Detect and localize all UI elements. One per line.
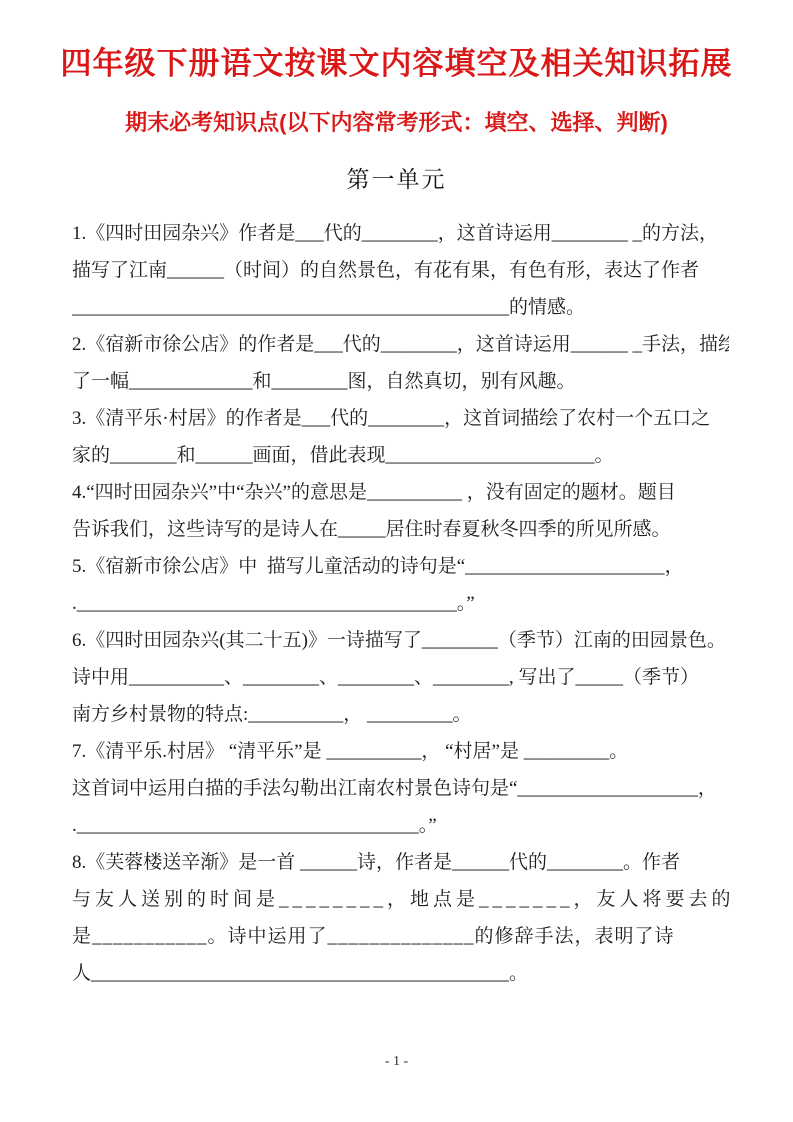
question-item-6: 6.《四时田园杂兴(其二十五)》一诗描写了________（季节）江南的田园景色… (72, 622, 729, 733)
question-line: 3.《清平乐·村居》的作者是___代的________，这首词描绘了农村一个五口… (72, 400, 729, 437)
question-item-3: 3.《清平乐·村居》的作者是___代的________，这首词描绘了农村一个五口… (72, 400, 729, 474)
question-line: 了一幅_____________和________图，自然真切，别有风趣。 (72, 363, 729, 400)
question-line: 家的_______和______画面，借此表现_________________… (72, 437, 729, 474)
fill-blank-line: .____________________________________。” (72, 807, 729, 844)
question-item-7: 7.《清平乐.村居》 “清平乐”是 __________， “村居”是 ____… (72, 733, 729, 844)
question-line: 4.“四时田园杂兴”中“杂兴”的意思是__________ ，没有固定的题材。题… (72, 474, 729, 511)
question-line: 是___________。诗中运用了______________的修辞手法，表明… (72, 918, 729, 955)
question-line: 与友人送别的时间是________，地点是_______，友人将要去的地方 (72, 881, 729, 918)
question-line: 5.《宿新市徐公店》中 描写儿童活动的诗句是“_________________… (72, 548, 729, 585)
question-item-1: 1.《四时田园杂兴》作者是___代的________，这首诗运用________… (72, 215, 729, 326)
fill-blank-line: ________________________________________… (72, 289, 729, 326)
worksheet-body: 1.《四时田园杂兴》作者是___代的________，这首诗运用________… (72, 215, 729, 992)
doc-subtitle: 期末必考知识点(以下内容常考形式：填空、选择、判断) (28, 110, 765, 135)
fill-blank-line: ._______________________________________… (72, 585, 729, 622)
question-line: 2.《宿新市徐公店》的作者是___代的________，这首诗运用______ … (72, 326, 729, 363)
question-item-8: 8.《芙蓉楼送辛渐》是一首 ______诗，作者是______代的_______… (72, 844, 729, 992)
footer-page-number: - 1 - (0, 1054, 793, 1070)
question-item-5: 5.《宿新市徐公店》中 描写儿童活动的诗句是“_________________… (72, 548, 729, 622)
question-line: 6.《四时田园杂兴(其二十五)》一诗描写了________（季节）江南的田园景色… (72, 622, 729, 659)
question-line: 诗中用__________、________、________、________… (72, 659, 729, 696)
section-heading: 第一单元 (0, 161, 793, 194)
question-line: 这首词中运用白描的手法勾勒出江南农村景色诗句是“________________… (72, 770, 729, 807)
question-item-2: 2.《宿新市徐公店》的作者是___代的________，这首诗运用______ … (72, 326, 729, 400)
question-line: 描写了江南______（时间）的自然景色，有花有果，有色有形，表达了作者 (72, 252, 729, 289)
question-line: 8.《芙蓉楼送辛渐》是一首 ______诗，作者是______代的_______… (72, 844, 729, 881)
question-line: 7.《清平乐.村居》 “清平乐”是 __________， “村居”是 ____… (72, 733, 729, 770)
question-line: 告诉我们，这些诗写的是诗人在_____居住时春夏秋冬四季的所见所感。 (72, 511, 729, 548)
fill-blank-line: 人_______________________________________… (72, 955, 729, 992)
question-item-4: 4.“四时田园杂兴”中“杂兴”的意思是__________ ，没有固定的题材。题… (72, 474, 729, 548)
doc-title: 四年级下册语文按课文内容填空及相关知识拓展 (28, 46, 765, 82)
question-line: 1.《四时田园杂兴》作者是___代的________，这首诗运用________… (72, 215, 729, 252)
question-line: 南方乡村景物的特点:__________， _________。 (72, 696, 729, 733)
document-page: 四年级下册语文按课文内容填空及相关知识拓展 期末必考知识点(以下内容常考形式：填… (0, 0, 793, 1122)
